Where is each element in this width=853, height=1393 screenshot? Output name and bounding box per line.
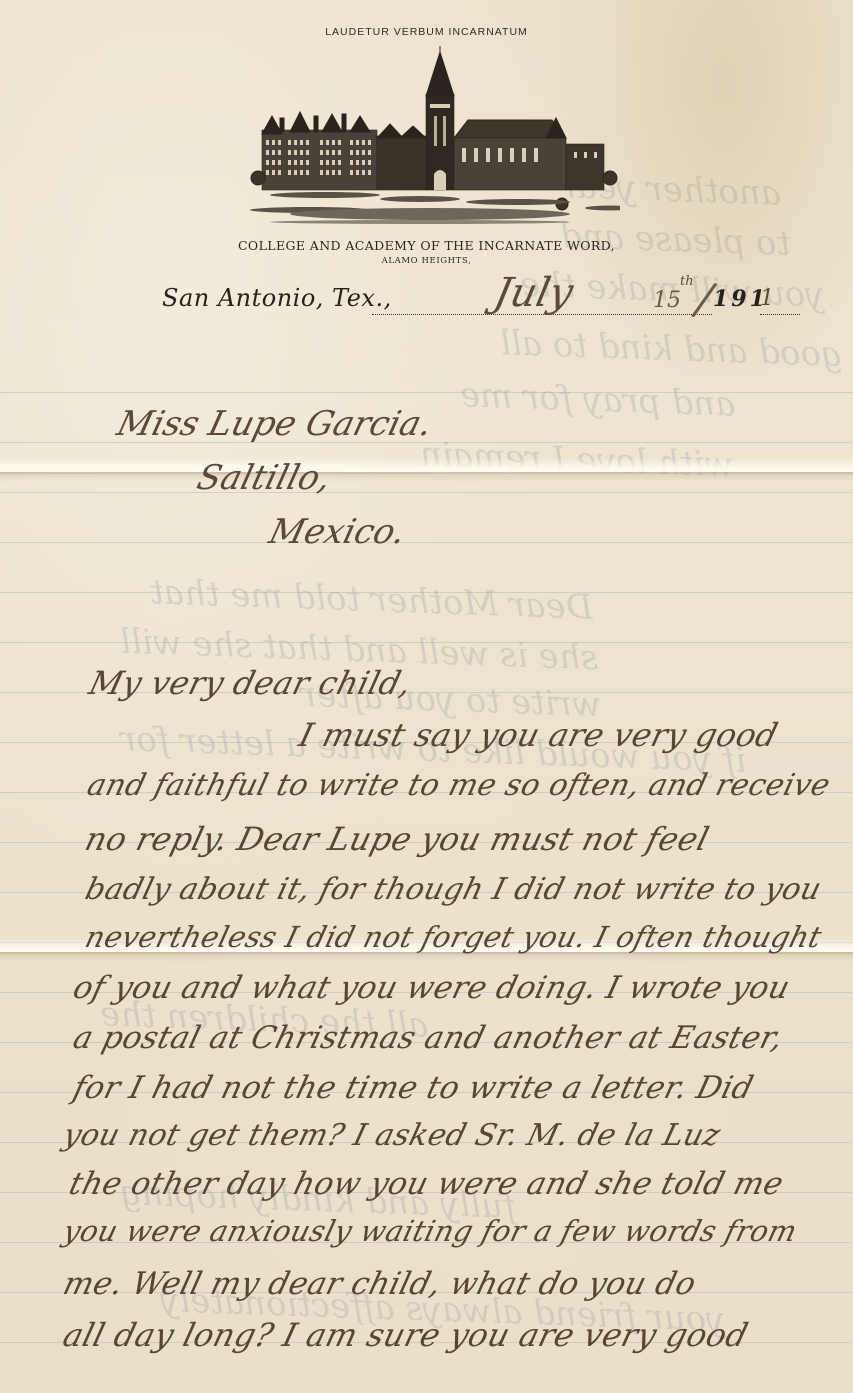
body-line: no reply. Dear Lupe you must not feel: [81, 820, 713, 858]
body-line: you not get them? I asked Sr. M. de la L…: [60, 1118, 724, 1153]
body-line: a postal at Christmas and another at Eas…: [70, 1020, 787, 1056]
letter-page: another year to please and you will make…: [0, 0, 853, 1393]
body-line: badly about it, for though I did not wri…: [82, 872, 825, 907]
ruled-line: [0, 542, 853, 543]
recipient-name: Miss Lupe Garcia.: [113, 404, 436, 444]
year-dotted-line: [760, 314, 800, 315]
body-line: I must say you are very good: [295, 716, 782, 754]
date-day: 15: [653, 288, 681, 313]
institution-location: ALAMO HEIGHTS,: [0, 256, 853, 266]
letterhead-motto: LAUDETUR VERBUM INCARNATUM: [0, 26, 853, 38]
ruled-line: [0, 492, 853, 493]
paper-fold: [0, 458, 853, 480]
dateline: San Antonio, Tex., July 15 th / 191 1: [160, 270, 810, 340]
college-building-engraving-icon: [250, 44, 620, 229]
date-year-digit: 1: [760, 286, 774, 311]
body-line: nevertheless I did not forget you. I oft…: [82, 920, 825, 954]
body-line: and faithful to write to me so often, an…: [84, 768, 834, 803]
body-line: all day long? I am sure you are very goo…: [59, 1316, 752, 1354]
body-line: of you and what you were doing. I wrote …: [70, 970, 794, 1006]
ruled-line: [0, 642, 853, 643]
body-line: you were anxiously waiting for a few wor…: [60, 1214, 801, 1248]
printed-place: San Antonio, Tex.,: [162, 284, 392, 312]
body-line: for I had not the time to write a letter…: [70, 1070, 758, 1106]
ruled-line: [0, 592, 853, 593]
date-day-suffix: th: [680, 274, 694, 289]
recipient-city: Saltillo,: [193, 458, 335, 498]
body-line: me. Well my dear child, what do you do: [60, 1266, 700, 1302]
recipient-country: Mexico.: [265, 512, 410, 552]
date-month: July: [490, 270, 577, 316]
salutation: My very dear child,: [85, 664, 415, 702]
institution-name: COLLEGE AND ACADEMY OF THE INCARNATE WOR…: [0, 238, 853, 253]
ruled-line: [0, 392, 853, 393]
body-line: the other day how you were and she told …: [66, 1166, 788, 1202]
